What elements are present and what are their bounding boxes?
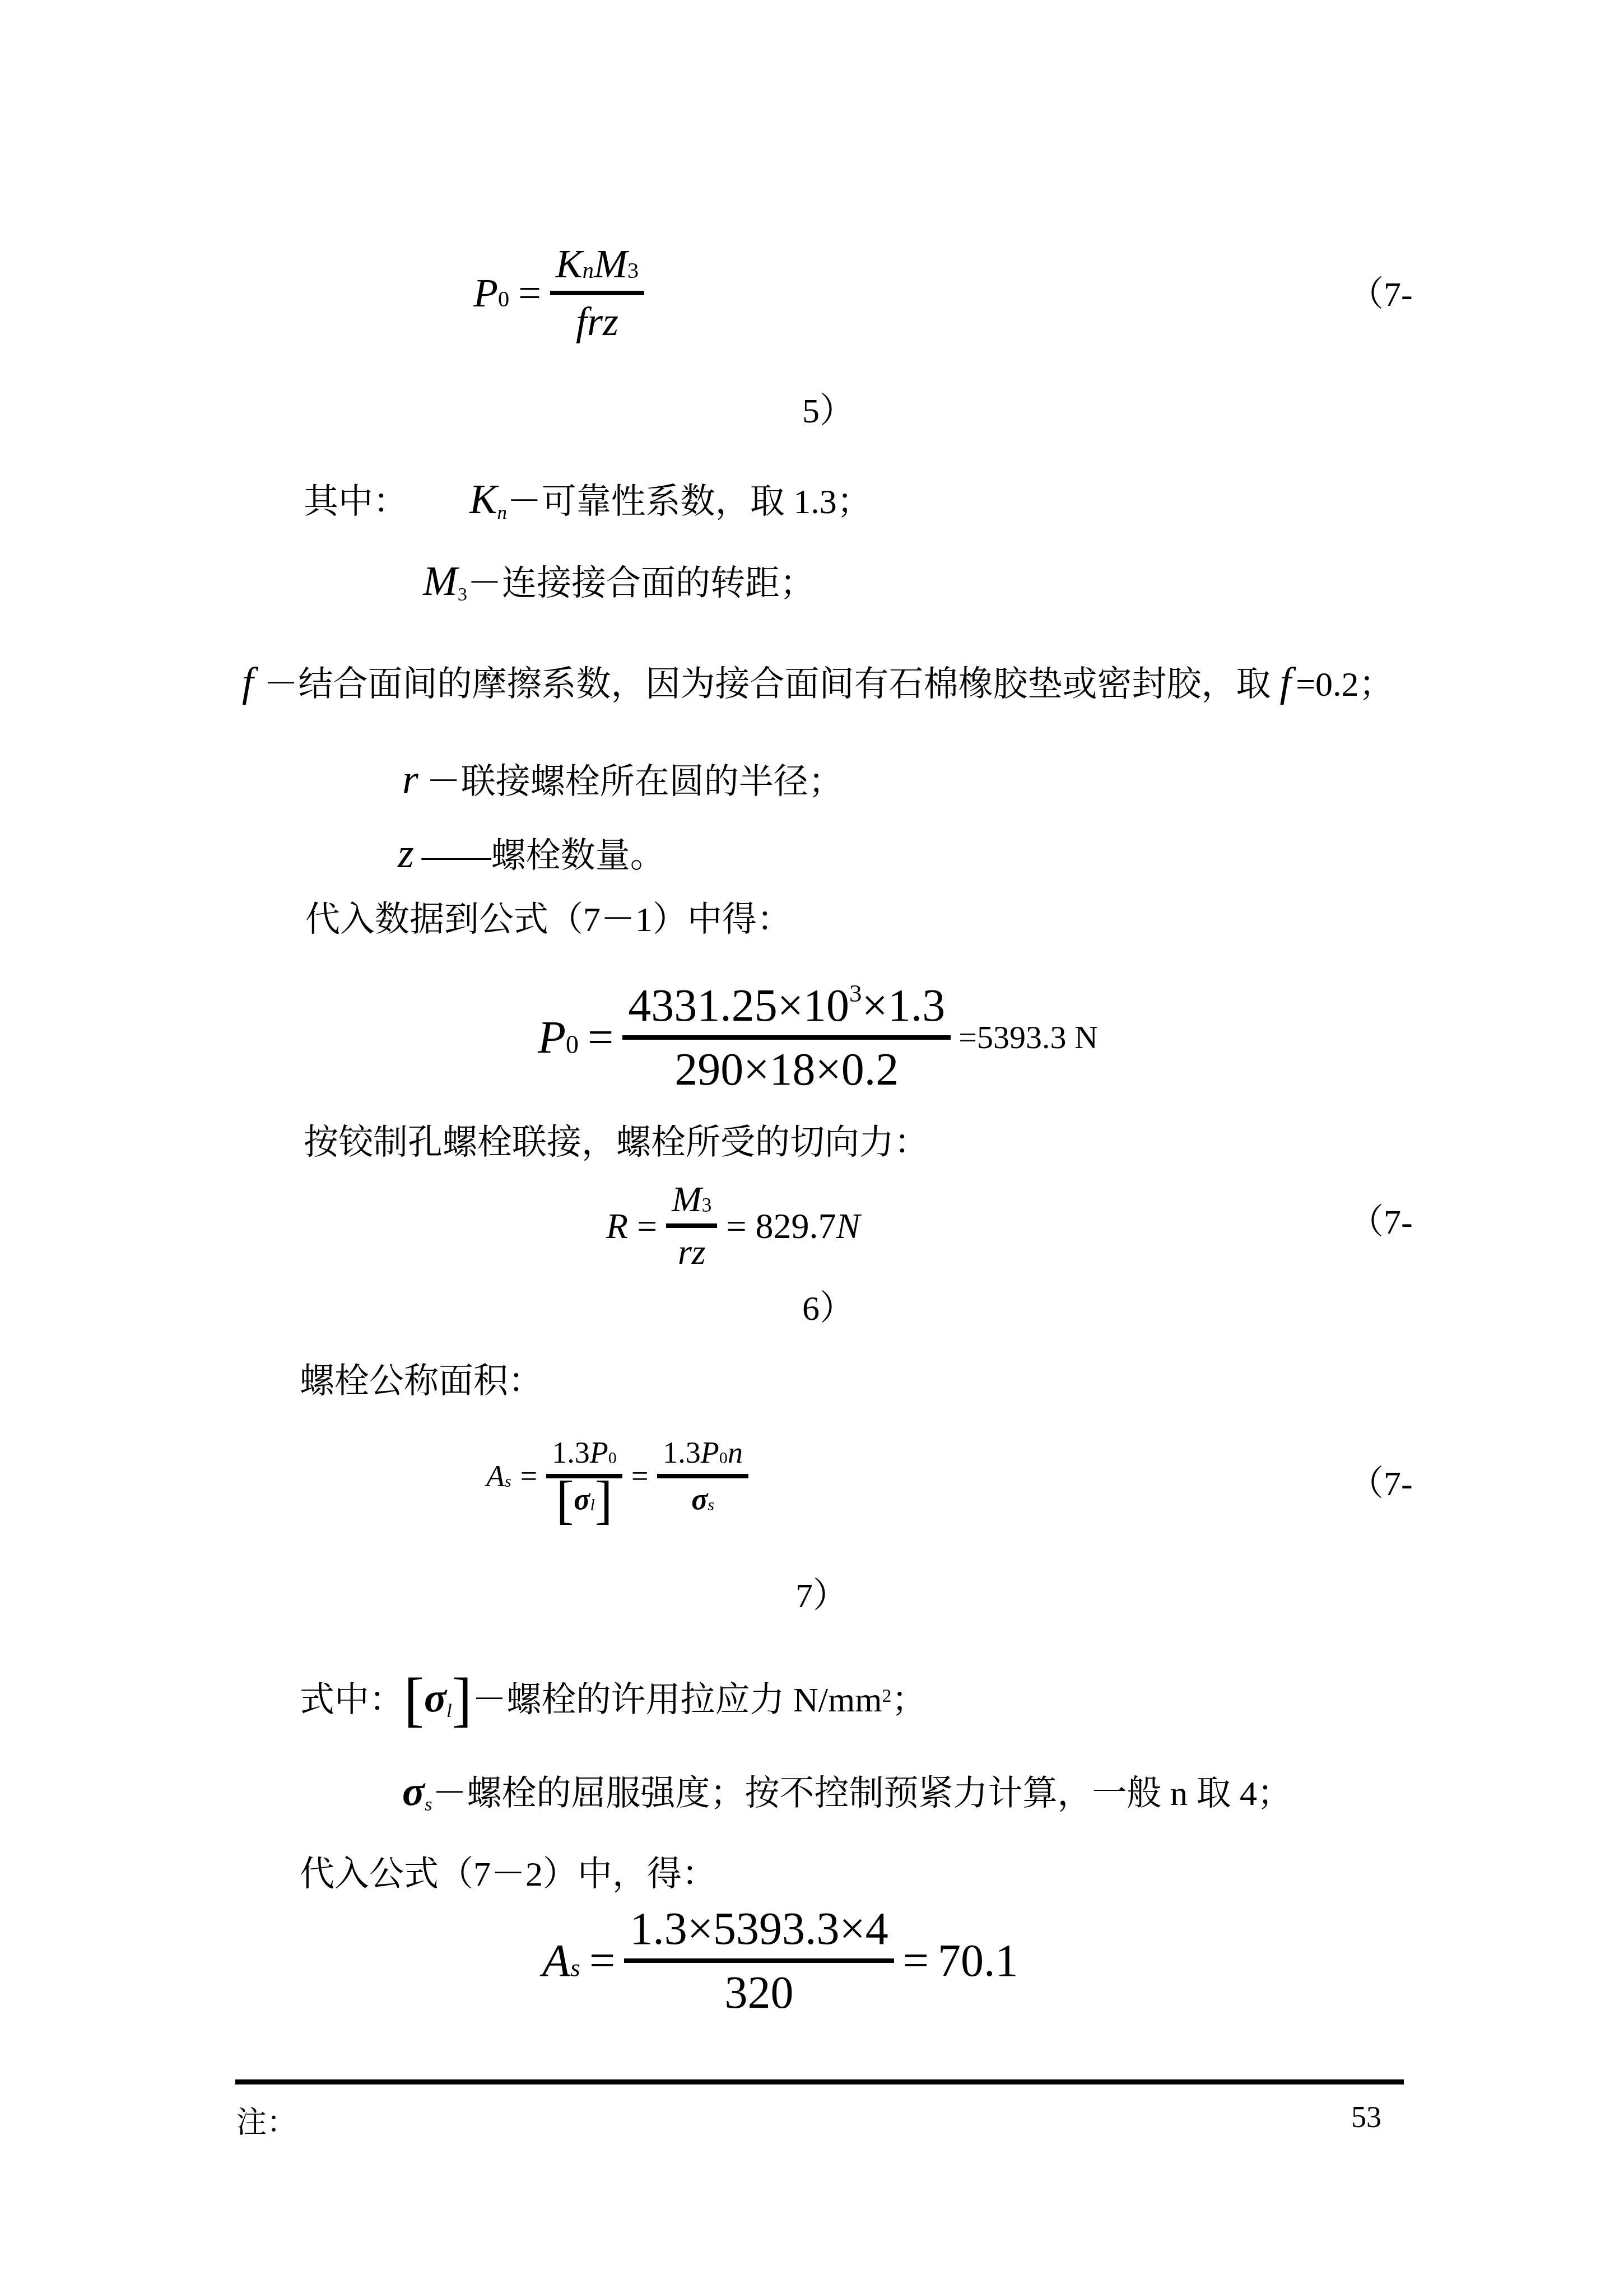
var-M-subscript: 3 [458, 583, 467, 605]
var-P: P [590, 1436, 608, 1469]
var-K: K [469, 477, 497, 523]
equation-7-7: As = 1.3P0 [σl] = 1.3P0n σs [486, 1435, 748, 1518]
fraction-numerator: 4331.25×103×1.3 [622, 979, 951, 1035]
line-f-definition: f－结合面间的摩擦系数，因为接合面间有石棉橡胶垫或密封胶，取f=0.2； [242, 657, 1394, 709]
var-M: M [594, 242, 627, 286]
line-sigma-s-definition: σs－螺栓的屈服强度；按不控制预紧力计算，一般 n 取 4； [402, 1766, 1292, 1818]
equation-7-7-tag-close: 7） [795, 1577, 848, 1615]
footer-divider [235, 2079, 1404, 2084]
var-sigma-subscript: s [425, 1793, 432, 1815]
line-m3-definition: M3－连接接合面的转距； [423, 556, 815, 608]
z-description: ――螺栓数量。 [422, 837, 665, 875]
var-z: z [398, 831, 414, 877]
fraction-denominator: 290×18×0.2 [669, 1040, 904, 1096]
substitute-7-1-text: 代入数据到公式（7－1）中得： [305, 901, 792, 939]
line-r-definition: r－联接螺栓所在圆的半径； [402, 754, 843, 806]
equation-7-5: P0 = KnM3 frz [473, 241, 644, 345]
numerator-value: 1.3×5393.3×4 [630, 1904, 888, 1954]
footer-note: 注： [236, 2106, 297, 2139]
fraction-bar [622, 1035, 951, 1040]
var-sigma: σ [402, 1769, 425, 1814]
sigma-l-tail: ； [892, 1681, 927, 1719]
qizhong-label: 其中： [304, 483, 408, 521]
equals-sign: = [717, 1206, 755, 1246]
equation-7-7-tag-open: （7- [1349, 1465, 1413, 1503]
fraction-denominator: rz [672, 1228, 711, 1273]
fraction: KnM3 frz [550, 241, 644, 345]
coefficient: 1.3 [552, 1436, 590, 1469]
f-description: －结合面间的摩擦系数，因为接合面间有石棉橡胶垫或密封胶，取 [264, 666, 1271, 704]
nominal-area-text: 螺栓公称面积： [300, 1362, 543, 1400]
equation-7-5-tag-close: 5） [802, 392, 854, 430]
fraction-numerator: 1.3P0n [657, 1435, 748, 1474]
equation-7-6: R = M3 rz = 829.7N [606, 1179, 860, 1273]
var-K-subscript: n [497, 501, 506, 523]
left-bracket: [ [404, 1667, 424, 1733]
fraction-denominator: 320 [719, 1963, 799, 2019]
fraction-denominator: [σl] [551, 1478, 618, 1517]
equals-sign: = [628, 1206, 666, 1246]
fraction-numerator: M3 [666, 1179, 717, 1223]
equals-sign: = [580, 1935, 624, 1986]
var-A: A [486, 1459, 505, 1493]
line-tangential-force: 按铰制孔螺栓联接，螺栓所受的切向力： [304, 1122, 929, 1165]
var-P: P [701, 1436, 719, 1469]
kn-description: －可靠性系数，取 1.3； [507, 483, 872, 521]
equation-7-6-tag-close: 6） [802, 1290, 854, 1328]
m3-description: －连接接合面的转距； [467, 565, 815, 603]
result-value: 829.7 [756, 1206, 836, 1246]
var-f: f [242, 659, 254, 705]
document-page: P0 = KnM3 frz （7- 5） 其中：Kn－可靠性系数，取 1.3； … [0, 0, 1624, 2294]
f-value: =0.2； [1296, 666, 1393, 704]
fraction-denominator: frz [570, 295, 624, 345]
equals-sign: = [511, 1459, 546, 1493]
fraction-bar [657, 1474, 748, 1478]
r-description: －联接螺栓所在圆的半径； [426, 763, 843, 801]
fraction: 1.3×5393.3×4 320 [624, 1902, 894, 2019]
equals-sign: = [509, 271, 550, 316]
mm-exponent: 2 [882, 1686, 891, 1706]
var-sigma: σ [574, 1483, 590, 1516]
denominator-value: 290×18×0.2 [674, 1044, 899, 1095]
fraction-2: 1.3P0n σs [657, 1435, 748, 1518]
sigma-s-description: －螺栓的屈服强度；按不控制预紧力计算，一般 n 取 4； [432, 1775, 1292, 1813]
equals-sign: = [894, 1935, 938, 1986]
page-number: 53 [1351, 2101, 1381, 2134]
substitute-7-2-text: 代入公式（7－2）中，得： [300, 1855, 716, 1893]
fraction-numerator: 1.3×5393.3×4 [624, 1902, 894, 1958]
numerator-part-a: 4331.25×10 [628, 980, 849, 1031]
fraction-bar [624, 1958, 894, 1963]
equation-calc-p0: P0 = 4331.25×103×1.3 290×18×0.2 =5393.3 … [538, 979, 1098, 1096]
unit-N: N [836, 1206, 860, 1246]
var-r: r [402, 757, 418, 803]
fraction-numerator: 1.3P0 [546, 1435, 622, 1474]
var-M: M [423, 559, 458, 604]
denominator-value: 320 [724, 1967, 793, 2018]
right-bracket: ] [452, 1667, 472, 1733]
var-M: M [672, 1180, 701, 1219]
shizhong-label: 式中： [300, 1681, 404, 1719]
line-kn-definition: 其中：Kn－可靠性系数，取 1.3； [304, 474, 872, 526]
var-P: P [473, 271, 498, 316]
var-frz: frz [576, 300, 618, 344]
equation-7-6-tag-open: （7- [1349, 1203, 1413, 1241]
sigma-l-description: －螺栓的许用拉应力 N/mm [472, 1681, 882, 1719]
var-n: n [728, 1436, 743, 1469]
var-P: P [538, 1012, 566, 1063]
equals-sign: = [579, 1012, 622, 1063]
fraction: 4331.25×103×1.3 290×18×0.2 [622, 979, 951, 1096]
line-substitute-7-2: 代入公式（7－2）中，得： [300, 1853, 716, 1897]
calc-result: =5393.3 N [951, 1020, 1098, 1056]
result-value: 70.1 [938, 1935, 1018, 1986]
fraction-bar [550, 291, 644, 295]
equation-calc-as: As = 1.3×5393.3×4 320 = 70.1 [542, 1902, 1018, 2019]
var-rz: rz [678, 1232, 706, 1272]
var-sigma: σ [691, 1483, 708, 1516]
numerator-part-b: ×1.3 [862, 980, 946, 1031]
var-R: R [606, 1206, 628, 1246]
line-nominal-area: 螺栓公称面积： [300, 1360, 543, 1404]
fraction-denominator: σs [686, 1478, 720, 1517]
equation-7-5-tag-open: （7- [1349, 276, 1413, 314]
line-sigma-l-definition: 式中：[σl]－螺栓的许用拉应力 N/mm2； [300, 1672, 927, 1724]
var-f2: f [1280, 659, 1292, 705]
line-substitute-7-1: 代入数据到公式（7－1）中得： [305, 899, 792, 942]
var-A: A [542, 1935, 570, 1986]
equals-sign: = [622, 1459, 657, 1493]
var-K: K [556, 242, 583, 286]
fraction-bar [666, 1223, 717, 1228]
coefficient: 1.3 [663, 1436, 701, 1469]
var-sigma-subscript: l [446, 1700, 452, 1721]
fraction-numerator: KnM3 [550, 241, 644, 291]
tangential-force-text: 按铰制孔螺栓联接，螺栓所受的切向力： [304, 1124, 929, 1162]
var-sigma: σ [424, 1675, 446, 1721]
line-z-definition: z――螺栓数量。 [398, 828, 665, 880]
fraction-1: 1.3P0 [σl] [546, 1435, 622, 1518]
fraction: M3 rz [666, 1179, 717, 1273]
